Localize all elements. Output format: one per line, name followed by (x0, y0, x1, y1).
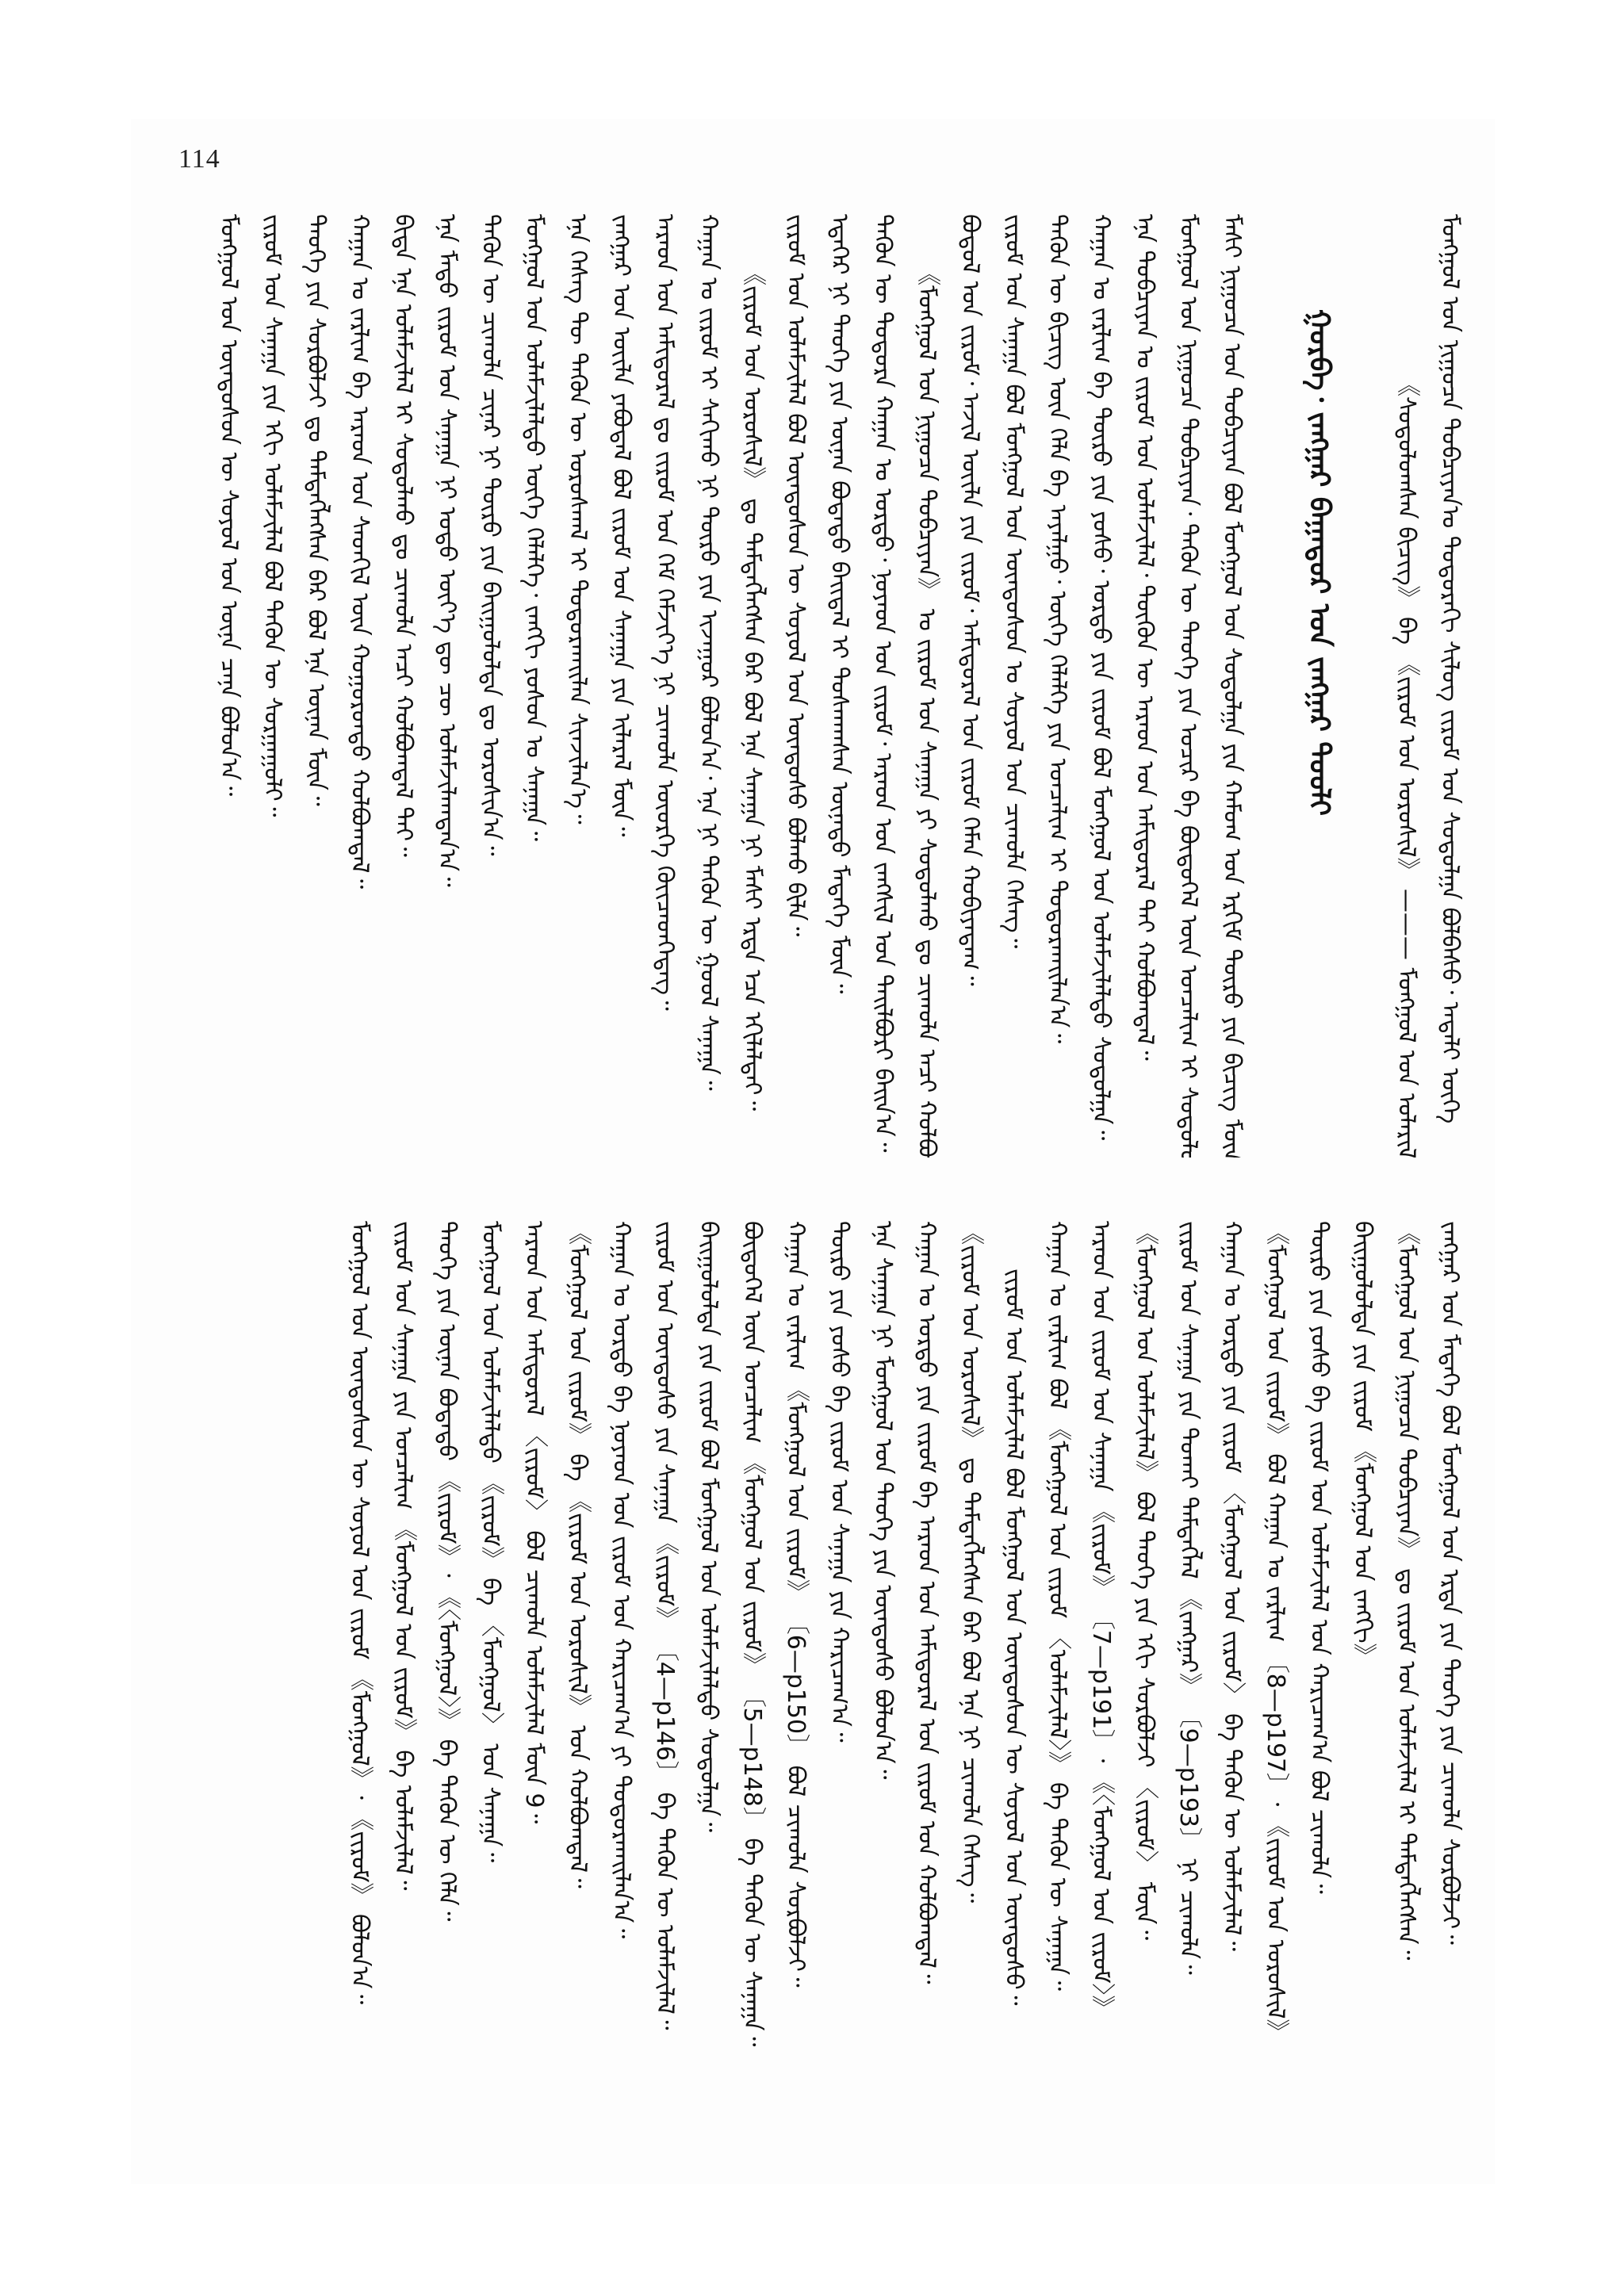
text-column: ᠲᠡᠭᠦᠨ ᠦ ᠳᠣᠲᠣᠷᠠ ᠬᠠᠭᠠᠨ ᠤ ᠣᠷᠳᠤ᠂ ᠨᠣᠶᠠᠳ ᠤᠨ ᠵᠢ… (860, 214, 904, 1158)
text-column-paragraph-start: 《ᠮᠣᠩᠭᠣᠯ ᠤᠨ ᠨᠢᠭᠤᠴᠠ ᠲᠣᠪᠴᠢᠶᠠᠨ》 ᠤ ᠵᠢᠷᠤᠮ ᠤᠨ ᠰ… (904, 214, 948, 1158)
text-column-with-citation: ᠬᠠᠭᠠᠨ ᠤ ᠵᠠᠷᠯᠢᠭ 《ᠮᠣᠩᠭᠣᠯ ᠤᠨ ᠵᠢᠷᠤᠮ》 〔6—p150… (773, 1221, 817, 2160)
text-column: 《ᠮᠣᠩᠭᠣᠯ ᠤᠨ ᠵᠢᠷᠤᠮ》 ᠪᠠ 《ᠵᠢᠷᠤᠮ ᠤᠨ ᠣᠷᠣᠰᠢᠯ》 ᠤ… (555, 1221, 599, 2160)
text-column: ᠮᠣᠩᠭᠣᠯ ᠤᠨ ᠨᠢᠭᠤᠴᠠ ᠲᠣᠪᠴᠢᠶᠠᠨ᠂ ᠲᠡᠭᠦᠨ ᠦ ᠲᠡᠦᠬᠡ… (1166, 214, 1209, 1158)
text-column: ᠡᠨᠡ ᠲᠣᠪᠴᠢᠶᠠᠨ ᠤ ᠵᠢᠷᠤᠮ ᠤᠨ ᠤᠯᠠᠮᠵᠢᠯᠠᠯ᠂ ᠲᠦᠭᠦᠨ… (1122, 214, 1166, 1158)
text-column: ᠬᠠᠭᠠᠨ ᠤ ᠵᠠᠷᠯᠢᠭ ᠪᠠ ᠠᠷᠠᠳ ᠤᠨ ᠰᠡᠳᠬᠢᠯ ᠦᠨ ᠬᠣᠭᠣ… (337, 214, 381, 1158)
section-subtitle: 《ᠰᠤᠳᠤᠯᠤᠭᠰᠠᠨ ᠪᠢᠴᠢᠭ》 ᠪᠠ 《ᠵᠢᠷᠤᠮ ᠤᠨ ᠣᠷᠣᠰᠢᠯ》 … (1384, 214, 1427, 1158)
text-column: ᠲᠥᠷᠦ ᠶᠢᠨ ᠶᠣᠰᠤ ᠪᠠ ᠵᠢᠷᠤᠮ ᠤᠨ ᠰᠠᠨᠠᠭᠠ ᠶᠢᠨ ᠬᠠᠷ… (817, 1221, 860, 2160)
text-column: ᠮᠣᠩᠭᠣᠯ ᠤᠨ ᠤᠯᠠᠮᠵᠢᠯᠠᠯᠲᠤ 《ᠵᠢᠷᠤᠮ》 ᠪᠠ 〈ᠮᠣᠩᠭᠣᠯ… (468, 1221, 511, 2160)
text-column: ᠡᠨᠡ ᠮᠡᠲᠦ ᠵᠢᠷᠤᠮ ᠤᠨ ᠰᠠᠨᠠᠭᠠ ᠨᠢ ᠣᠳᠣ ᠦᠶ᠎ᠡ ᠳᠦ … (424, 214, 468, 1158)
spacer (1340, 214, 1384, 1158)
continuation-line: ᠮᠣᠩᠭᠣᠯ ᠤᠨ ᠨᠢᠭᠤᠴᠠ ᠲᠣᠪᠴᠢᠶᠠᠨ᠎ᠤ ᠳᠣᠲᠣᠷᠠᠬᠢ ᠰᠢᠯ… (1427, 214, 1471, 1158)
text-column: ᠬᠠᠭᠠᠨ ᠤ ᠣᠷᠳᠤ ᠶᠢᠨ ᠵᠢᠷᠤᠮ 〈ᠮᠣᠩᠭᠣᠯ ᠤᠨ ᠵᠢᠷᠤᠮ〉… (1209, 1221, 1253, 2160)
text-block-top: ᠮᠣᠩᠭᠣᠯ ᠤᠨ ᠨᠢᠭᠤᠴᠠ ᠲᠣᠪᠴᠢᠶᠠᠨ᠎ᠤ ᠳᠣᠲᠣᠷᠠᠬᠢ ᠰᠢᠯ… (163, 214, 1471, 1158)
text-column: ᠪᠠᠢᠭᠤᠯᠤᠯᠲᠠ ᠶᠢᠨ ᠵᠢᠷᠤᠮ ᠪᠣᠯ ᠮᠣᠩᠭᠣᠯ ᠤᠨ ᠤᠯᠠᠮᠵ… (686, 1221, 730, 2160)
section-title: ᠭᠤᠷᠪᠠ᠂ ᠵᠠᠩᠭᠠᠷ ᠪᠠᠭᠠᠳᠤᠷ ᠤᠨ ᠵᠠᠩᠭᠠᠷ ᠲᠤᠤᠯᠢ (1297, 214, 1340, 1158)
text-column: ᠲᠡᠭᠦᠨ ᠦ ᠪᠢᠴᠢᠭ᠌ ᠦᠨ ᠬᠡᠯᠡ ᠪᠠ ᠠᠶᠠᠯᠭᠤ᠂ ᠦᠭᠡ ᠬᠡ… (1035, 214, 1078, 1158)
text-column: ᠬᠠᠭᠠᠨ ᠤ ᠣᠷᠳᠤ ᠪᠠ ᠨᠣᠶᠠᠳ ᠤᠨ ᠵᠢᠷᠤᠮ ᠤᠨ ᠬᠠᠷᠢᠴᠠ… (599, 1221, 642, 2160)
text-column: 《ᠮᠣᠩᠭᠣᠯ ᠤᠨ ᠨᠢᠭᠤᠴᠠ ᠲᠣᠪᠴᠢᠶᠠᠨ》 ᠳᠤ ᠵᠢᠷᠤᠮ ᠤᠨ … (1384, 1221, 1427, 2160)
text-block-bottom: ᠵᠠᠩᠭᠠᠷ ᠤᠨ ᠮᠡᠳᠡᠭᠡ ᠪᠣᠯ ᠮᠣᠩᠭᠣᠯ ᠤᠨ ᠡᠷᠲᠡ ᠶᠢᠨ … (163, 1221, 1471, 2160)
text-column: ᠠᠷᠠᠳ ᠤᠨ ᠠᠮᠢᠳᠤᠷᠠᠯ 〈ᠵᠢᠷᠤᠮ〉 ᠪᠣᠯ ᠴᠢᠬᠤᠯᠠ ᠤᠯᠠᠮ… (511, 1221, 555, 2160)
text-column: ᠡᠨᠡ ᠰᠠᠨᠠᠭᠠ ᠨᠢ ᠮᠣᠩᠭᠣᠯ ᠤᠨ ᠲᠡᠦᠬᠡ ᠶᠢᠨ ᠦᠨᠳᠦᠰᠦ… (860, 1221, 904, 2160)
text-column-with-citation: ᠪᠦᠲᠦᠭᠡᠯ ᠦᠨ ᠣᠨᠴᠠᠯᠢᠭ 《ᠮᠣᠩᠭᠣᠯ ᠤᠨ ᠵᠢᠷᠤᠮ》 〔5—… (730, 1221, 773, 2160)
text-column: ᠵᠠᠩᠭᠠᠷ ᠤᠨ ᠦᠢᠯᠡ ᠶᠠᠪᠤᠳᠠᠯ ᠪᠣᠯ ᠵᠢᠷᠤᠮ ᠤᠨ ᠰᠠᠨᠠ… (599, 214, 642, 1158)
text-column: ᠬᠠᠭᠠᠨ ᠤ ᠵᠢᠷᠤᠮ ᠢ ᠰᠠᠬᠢᠬᠤ ᠨᠢ ᠲᠥᠷᠦ ᠶᠢᠨ ᠢᠵᠠᠭᠤ… (686, 214, 730, 1158)
text-column: ᠬᠠᠭᠠᠨ ᠤ ᠵᠠᠷᠯᠢᠭ ᠪᠣᠯ 《ᠮᠣᠩᠭᠣᠯ ᠤᠨ ᠵᠢᠷᠤᠮ 〈ᠤᠯᠠ… (1035, 1221, 1078, 2160)
text-column: ᠮᠣᠩᠭᠣᠯ ᠤᠨ ᠦᠨᠳᠦᠰᠦᠨ ᠦ ᠰᠣᠶᠣᠯ ᠤᠨ ᠵᠢᠷᠤᠮ 《ᠮᠣᠩᠭ… (337, 1221, 381, 2160)
text-column: ᠮᠣᠩᠭᠣᠯ ᠤᠨ ᠦᠨᠳᠦᠰᠦᠨ ᠦ ᠰᠣᠶᠣᠯ ᠤᠨ ᠦᠨᠡ ᠴᠡᠨᠡ ᠪᠣ… (206, 214, 250, 1158)
text-column: ᠬᠠᠭᠠᠨ ᠤ ᠵᠠᠷᠯᠢᠭ ᠪᠠ ᠲᠥᠷᠦ ᠶᠢᠨ ᠶᠣᠰᠤ᠂ ᠣᠷᠳᠤ ᠶᠢ… (1078, 214, 1122, 1158)
text-column: ᠪᠠᠢᠭᠤᠯᠤᠯᠲᠠ ᠶᠢᠨ ᠵᠢᠷᠤᠮ 《ᠮᠣᠩᠭᠣᠯ ᠤᠨ ᠵᠠᠩᠬᠢ》 (1340, 1221, 1384, 2160)
page-number: 114 (178, 144, 220, 174)
text-column: 《ᠮᠣᠩᠭᠣᠯ ᠤᠨ ᠤᠯᠠᠮᠵᠢᠯᠠᠯ》 ᠪᠣᠯ ᠲᠡᠦᠬᠡ ᠶᠢᠨ ᠡᠬᠢ … (1122, 1221, 1166, 2160)
text-column: ᠮᠠᠰᠢ ᠨᠢᠭᠤᠴᠠ ᠤᠨ ᠲᠣᠪᠴᠢᠶᠠᠨ ᠪᠣᠯ ᠮᠣᠩᠭᠣᠯ ᠤᠨ ᠰᠤ… (1209, 214, 1253, 1158)
text-column: ᠲᠡᠦᠬᠡ ᠶᠢᠨ ᠰᠤᠷᠪᠤᠯᠵᠢ ᠳᠤ ᠲᠡᠮᠳᠡᠭᠯᠡᠭᠰᠡᠨ ᠪᠠᠷ ᠪ… (293, 214, 337, 1158)
text-column: ᠬᠠᠭᠠᠨ ᠤ ᠣᠷᠳᠤ ᠶᠢᠨ ᠵᠢᠷᠤᠮ ᠪᠠ ᠠᠷᠠᠳ ᠤᠨ ᠠᠮᠢᠳᠤᠷ… (904, 1221, 948, 2160)
text-column-with-citation: ᠠᠷᠠᠳ ᠤᠨ ᠵᠢᠷᠤᠮ ᠤᠨ ᠰᠠᠨᠠᠭᠠ 《ᠵᠢᠷᠤᠮ》 〔7—p191〕… (1078, 1221, 1122, 2160)
text-column: ᠪᠢᠳᠡ ᠡᠨᠡ ᠤᠯᠠᠮᠵᠢᠯᠠᠯ ᠢ ᠰᠤᠳᠤᠯᠬᠤ ᠳᠤ ᠴᠢᠬᠤᠯᠠ ᠠ… (381, 214, 424, 1158)
text-column: ᠲᠥᠷᠦ ᠶᠢᠨ ᠶᠣᠰᠤ ᠪᠠ ᠵᠢᠷᠤᠮ ᠤᠨ ᠤᠯᠠᠮᠵᠢᠯᠠᠯ ᠤᠨ ᠬ… (1297, 1221, 1340, 2160)
text-column-paragraph-start: ᠵᠢᠷᠤᠮ ᠤᠨ ᠤᠯᠠᠮᠵᠢᠯᠠᠯ ᠪᠣᠯ ᠮᠣᠩᠭᠣᠯ ᠤᠨ ᠦᠨᠳᠦᠰᠦᠨ… (991, 1221, 1035, 2160)
spacer (1253, 214, 1297, 1158)
text-column-with-citation: 《ᠮᠣᠩᠭᠣᠯ ᠤᠨ ᠵᠢᠷᠤᠮ》 ᠪᠣᠯ ᠬᠠᠭᠠᠨ ᠤ ᠵᠠᠷᠯᠢᠭ 〔8—… (1253, 1221, 1297, 2160)
text-column: ᠡᠳᠡᠭᠡᠷ ᠨᠢ ᠲᠡᠦᠬᠡ ᠶᠢᠨ ᠦᠨᠡᠨ ᠪᠣᠳᠠᠲᠤ ᠪᠠᠢᠳᠠᠯ ᠢ… (817, 214, 860, 1158)
text-column: ᠲᠡᠭᠦᠨ ᠦ ᠴᠢᠬᠤᠯᠠ ᠴᠢᠨᠠᠷ ᠨᠢ ᠲᠥᠷᠦ ᠶᠢᠨ ᠪᠠᠢᠭᠤᠯᠤ… (468, 214, 511, 1158)
text-column: ᠵᠢᠷᠤᠮ ᠤᠨ ᠰᠠᠨᠠᠭᠠ ᠪᠣᠯ ᠮᠣᠩᠭᠣᠯ ᠤᠨ ᠦᠨᠳᠦᠰᠦᠨ ᠤ … (991, 214, 1035, 1158)
text-column-with-citation: ᠵᠢᠷᠤᠮ ᠤᠨ ᠰᠠᠨᠠᠭᠠ ᠶᠢᠨ ᠲᠤᠬᠠᠢ ᠲᠡᠮᠳᠡᠭᠯᠡᠯ 《ᠵᠠᠩ… (1166, 1221, 1209, 2160)
text-column: ᠵᠠᠩᠭᠠᠷ ᠤᠨ ᠮᠡᠳᠡᠭᠡ ᠪᠣᠯ ᠮᠣᠩᠭᠣᠯ ᠤᠨ ᠡᠷᠲᠡ ᠶᠢᠨ … (1427, 1221, 1471, 2160)
text-column: ᠵᠢᠷᠤᠮ ᠤᠨ ᠤᠯᠠᠮᠵᠢᠯᠠᠯ ᠪᠣᠯ ᠦᠨᠳᠦᠰᠦᠨ ᠦ ᠰᠣᠶᠣᠯ ᠤ… (773, 214, 817, 1158)
text-column: ᠠᠷᠠᠳ ᠤᠨ ᠠᠮᠢᠳᠤᠷᠠᠯ ᠳᠤ ᠵᠢᠷᠤᠮ ᠤᠨ ᠬᠡᠮ ᠬᠡᠮᠵᠢᠶ᠎… (642, 214, 686, 1158)
text-column: ᠵᠢᠷᠤᠮ ᠤᠨ ᠰᠠᠨᠠᠭᠠ ᠶᠢᠨ ᠣᠨᠴᠠᠯᠢᠭ 《ᠮᠣᠩᠭᠣᠯ ᠤᠨ ᠵ… (381, 1221, 424, 2160)
text-column: 《ᠵᠢᠷᠤᠮ ᠤᠨ ᠣᠷᠣᠰᠢᠯ》 ᠳᠤ ᠲᠡᠮᠳᠡᠭᠯᠡᠭᠰᠡᠨ ᠪᠠᠷ ᠪᠣ… (948, 1221, 991, 2160)
text-column: ᠵᠢᠷᠤᠮ ᠤᠨ ᠰᠠᠨᠠᠭᠠ ᠶᠢᠨ ᠡᠬᠢ ᠤᠯᠠᠮᠵᠢᠯᠠᠯ ᠪᠣᠯ ᠲᠡ… (250, 214, 293, 1158)
text-column: ᠪᠤᠳᠤᠯ ᠤᠨ ᠵᠢᠷᠤᠮ᠂ ᠠᠵᠢᠯ ᠦᠢᠯᠡ ᠶᠢᠨ ᠵᠢᠷᠤᠮ᠂ ᠠᠮᠢ… (948, 214, 991, 1158)
text-column: ᠡᠨᠡ ᠬᠡᠰᠡᠭ ᠲᠦ ᠲᠡᠭᠦᠨ ᠦ ᠤᠷᠤᠰᠬᠠᠯ ᠢ ᠲᠣᠳᠣᠷᠬᠠᠢᠯ… (555, 214, 599, 1158)
text-column: ᠮᠣᠩᠭᠣᠯ ᠤᠨ ᠤᠯᠠᠮᠵᠢᠯᠠᠯᠲᠤ ᠦᠭᠡ ᠬᠡᠯᠡᠯᠭᠡ᠂ ᠵᠠᠩᠬᠢ… (511, 214, 555, 1158)
text-column-with-citation: ᠵᠢᠷᠤᠮ ᠤᠨ ᠦᠨᠳᠦᠰᠦ ᠶᠢᠨ ᠰᠠᠨᠠᠭᠠ 《ᠵᠢᠷᠤᠮ》 〔4—p1… (642, 1221, 686, 2160)
text-column: ᠲᠡᠦᠬᠡ ᠶᠢᠨ ᠦᠨᠡᠨ ᠪᠣᠳᠠᠲᠤ 《ᠵᠢᠷᠤᠮ》᠂ 《〈ᠮᠣᠩᠭᠣᠯ〉… (424, 1221, 468, 2160)
text-column-paragraph-start: 《ᠵᠢᠷᠤᠮ ᠤᠨ ᠣᠷᠣᠰᠢᠯ》 ᠳᠤ ᠲᠡᠮᠳᠡᠭᠯᠡᠭᠰᠡᠨ ᠪᠠᠷ ᠪᠣ… (730, 214, 773, 1158)
